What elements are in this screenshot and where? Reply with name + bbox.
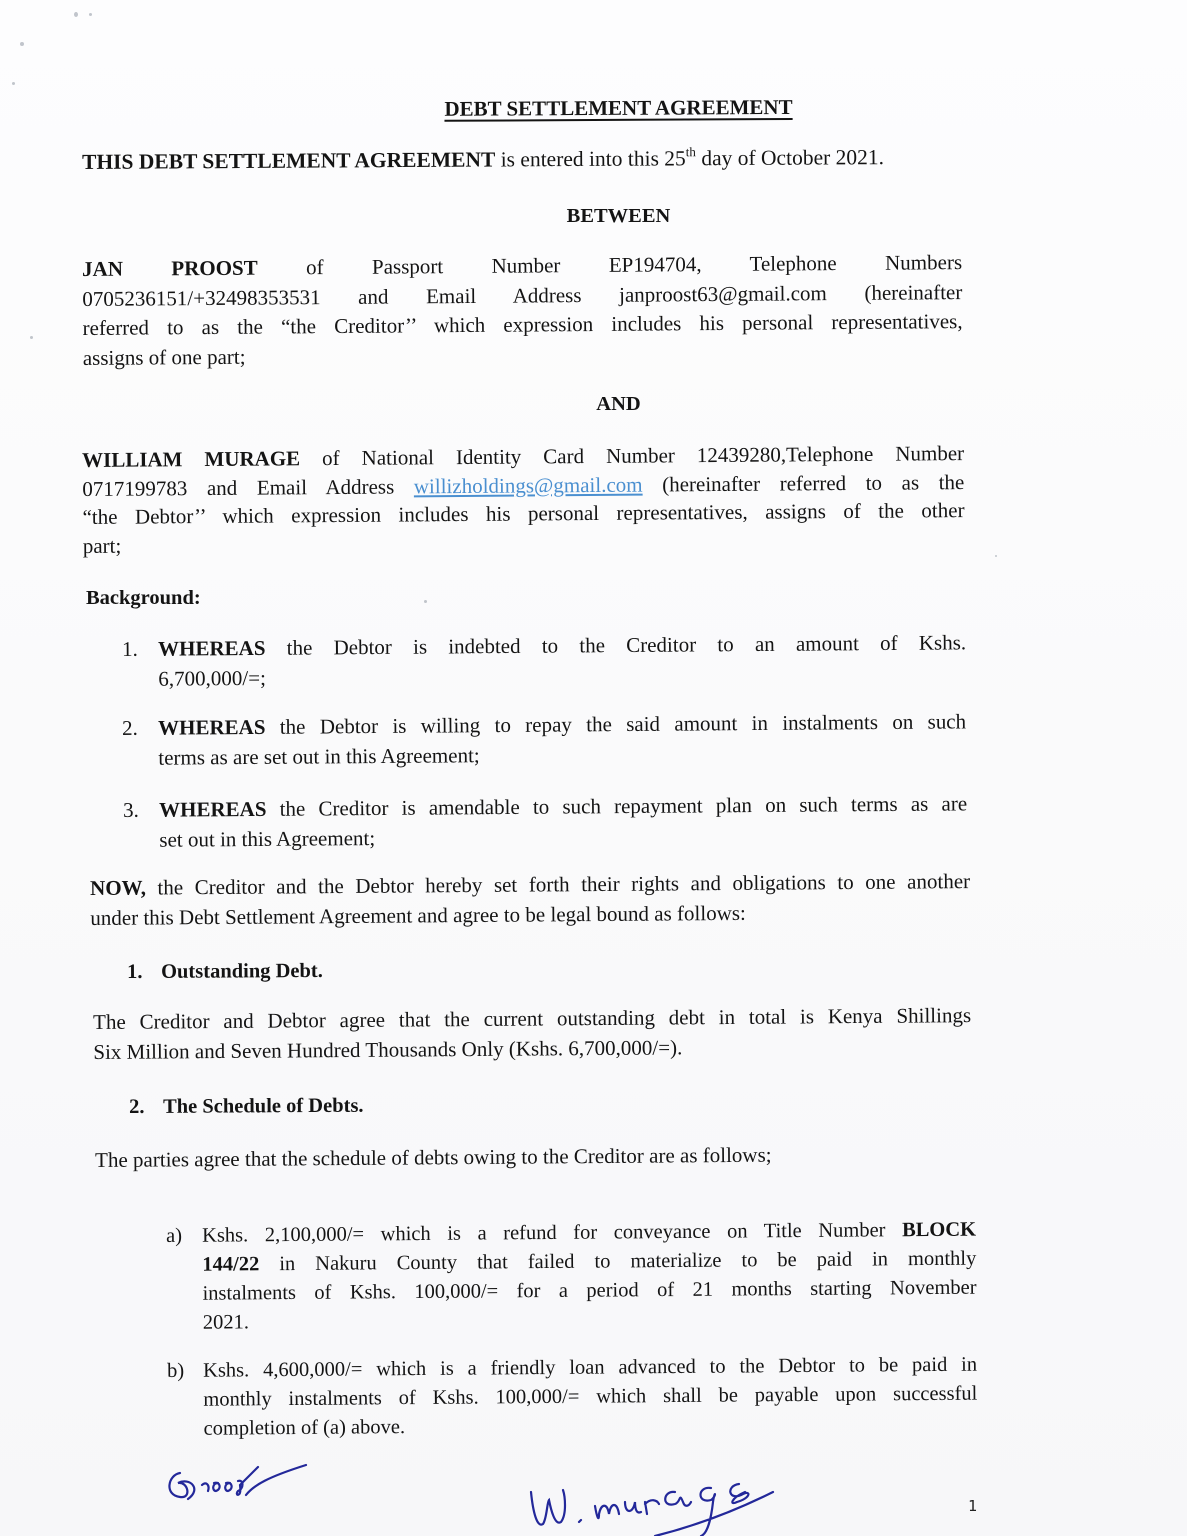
- section-title: The Schedule of Debts.: [163, 1095, 364, 1118]
- item-line: terms as are set out in this Agreement;: [158, 736, 966, 772]
- background-item-3: 3. WHEREAS the Creditor is amendable to …: [123, 788, 973, 857]
- title-number-bold: BLOCK: [902, 1219, 976, 1242]
- whereas-label: WHEREAS: [158, 715, 266, 740]
- background-item-1: 1. WHEREAS the Debtor is indebted to the…: [122, 627, 972, 696]
- whereas-label: WHEREAS: [158, 636, 266, 661]
- debtor-name: WILLIAM MURAGE: [82, 446, 300, 472]
- document-page: DEBT SETTLEMENT AGREEMENT THIS DEBT SETT…: [0, 0, 1187, 1536]
- document-title: DEBT SETTLEMENT AGREEMENT: [0, 93, 1187, 124]
- document-title-text: DEBT SETTLEMENT AGREEMENT: [394, 95, 792, 121]
- now-line-2: under this Debt Settlement Agreement and…: [90, 897, 970, 933]
- item-text: the Debtor is willing to repay the said …: [265, 709, 966, 739]
- intro-text-end: day of October 2021.: [696, 145, 884, 170]
- schedule-item-b: b) Kshs. 4,600,000/= which is a friendly…: [167, 1351, 980, 1449]
- scan-speck: [995, 555, 997, 557]
- creditor-line-1-text: of Passport Number EP194704, Telephone N…: [258, 250, 963, 280]
- item-number: 2.: [122, 713, 138, 743]
- schedule-item-a: a) Kshs. 2,100,000/= which is a refund f…: [166, 1216, 979, 1344]
- schedule-letter: a): [166, 1222, 182, 1251]
- debtor-line-1-text: of National Identity Card Number 1243928…: [300, 441, 964, 470]
- schedule-line: 2021.: [203, 1303, 977, 1338]
- intro-bold: THIS DEBT SETTLEMENT AGREEMENT: [82, 147, 495, 174]
- scan-speck: [74, 12, 78, 17]
- scan-speck: [89, 13, 92, 16]
- item-number: 3.: [123, 795, 139, 825]
- intro-sup: th: [686, 144, 696, 159]
- scan-speck: [20, 42, 24, 46]
- schedule-intro-paragraph: The parties agree that the schedule of d…: [95, 1139, 975, 1175]
- intro-sentence: THIS DEBT SETTLEMENT AGREEMENT is entere…: [82, 145, 884, 175]
- section-number: 1.: [127, 961, 161, 984]
- whereas-label: WHEREAS: [159, 797, 267, 822]
- section-number: 2.: [129, 1096, 163, 1119]
- outstanding-debt-paragraph: The Creditor and Debtor agree that the c…: [93, 1001, 971, 1067]
- now-label: NOW,: [90, 876, 146, 900]
- now-clause: NOW, the Creditor and the Debtor hereby …: [90, 867, 970, 933]
- debtor-paragraph: WILLIAM MURAGE of National Identity Card…: [82, 439, 965, 560]
- item-line: WHEREAS the Debtor is willing to repay t…: [158, 706, 966, 742]
- and-heading: AND: [0, 393, 1187, 416]
- debtor-line-2-text: 0717199783 and Email Address: [82, 474, 414, 501]
- schedule-line: monthly instalments of Kshs. 100,000/= w…: [203, 1380, 977, 1415]
- section-heading-schedule-of-debts: 2.The Schedule of Debts.: [129, 1095, 364, 1119]
- between-heading: BETWEEN: [0, 205, 1187, 228]
- schedule-text: Kshs. 2,100,000/= which is a refund for …: [202, 1219, 902, 1246]
- background-heading: Background:: [86, 587, 201, 610]
- debtor-signature: [525, 1462, 835, 1536]
- schedule-line: instalments of Kshs. 100,000/= for a per…: [202, 1274, 976, 1309]
- item-line: 6,700,000/=;: [158, 657, 966, 693]
- scan-speck: [30, 336, 33, 339]
- item-line: set out in this Agreement;: [159, 818, 967, 854]
- background-item-2: 2. WHEREAS the Debtor is willing to repa…: [122, 706, 972, 775]
- debtor-line-2-end: (hereinafter referred to as the: [642, 470, 964, 497]
- item-text: the Debtor is indebted to the Creditor t…: [265, 630, 966, 660]
- creditor-line-4: assigns of one part;: [83, 337, 963, 373]
- schedule-letter: b): [167, 1357, 184, 1386]
- item-line: WHEREAS the Debtor is indebted to the Cr…: [158, 627, 966, 663]
- creditor-paragraph: JAN PROOST of Passport Number EP194704, …: [82, 248, 963, 373]
- schedule-line: completion of (a) above.: [203, 1409, 977, 1444]
- creditor-signature: [158, 1455, 318, 1515]
- creditor-name: JAN PROOST: [82, 256, 258, 281]
- schedule-intro-line: The parties agree that the schedule of d…: [95, 1139, 975, 1175]
- signature-icon: [525, 1462, 835, 1536]
- signature-icon: [158, 1455, 318, 1515]
- title-number-bold: 144/22: [202, 1253, 259, 1275]
- item-number: 1.: [122, 634, 138, 664]
- now-line-1-text: the Creditor and the Debtor hereby set f…: [146, 869, 970, 899]
- debtor-email-link[interactable]: willizholdings@gmail.com: [414, 472, 643, 498]
- item-line: WHEREAS the Creditor is amendable to suc…: [159, 788, 967, 824]
- section-heading-outstanding-debt: 1.Outstanding Debt.: [127, 960, 323, 984]
- intro-text: is entered into this 25: [495, 146, 686, 171]
- section-title: Outstanding Debt.: [161, 960, 323, 983]
- schedule-text: in Nakuru County that failed to material…: [259, 1248, 976, 1276]
- outstanding-line-2: Six Million and Seven Hundred Thousands …: [93, 1031, 971, 1067]
- scan-speck: [12, 82, 15, 85]
- page-number: 1: [968, 1497, 977, 1515]
- scan-speck: [424, 600, 427, 603]
- item-text: the Creditor is amendable to such repaym…: [266, 791, 967, 821]
